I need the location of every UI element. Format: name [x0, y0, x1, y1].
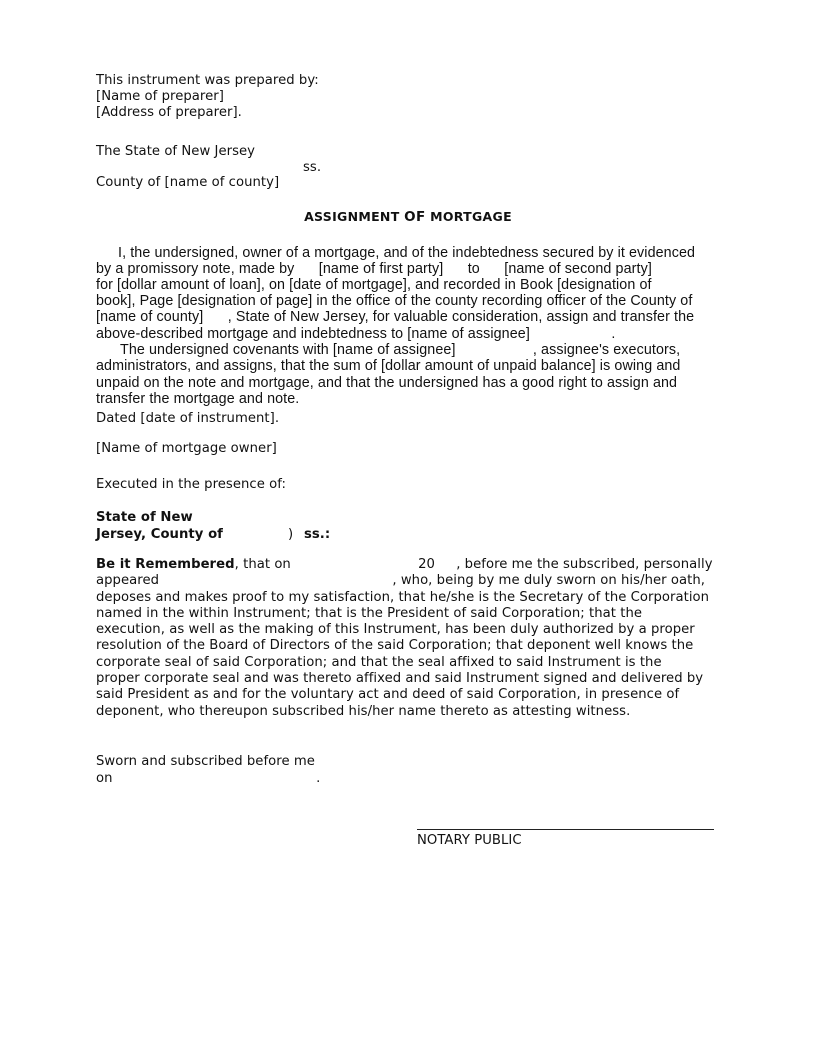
jurat-line1: Sworn and subscribed before me: [96, 754, 315, 770]
ack-venue-paren: ): [288, 527, 293, 543]
ack-venue-line2: Jersey, County of: [96, 527, 223, 543]
paragraph-line: corporate seal of said Corporation; and …: [96, 655, 662, 671]
paragraph-line: deposes and makes proof to my satisfacti…: [96, 590, 709, 606]
title-part2: MORTGAGE: [425, 209, 511, 224]
paragraph-line: above-described mortgage and indebtednes…: [96, 326, 615, 342]
paragraph-line: I, the undersigned, owner of a mortgage,…: [118, 245, 695, 261]
paragraph-line: said President as and for the voluntary …: [96, 687, 679, 703]
paragraph-line: by a promissory note, made by [name of f…: [96, 261, 652, 277]
paragraph-line: deponent, who thereupon subscribed his/h…: [96, 704, 630, 720]
paragraph-line: The undersigned covenants with [name of …: [120, 342, 680, 358]
notary-public-label: NOTARY PUBLIC: [417, 833, 522, 849]
jurat-line2: on .: [96, 771, 320, 787]
venue-ss: ss.: [303, 160, 321, 176]
owner-signature-name: [Name of mortgage owner]: [96, 441, 277, 457]
paragraph-line: execution, as well as the making of this…: [96, 622, 695, 638]
paragraph-line: for [dollar amount of loan], on [date of…: [96, 277, 652, 293]
document-title: ASSIGNMENT OF MORTGAGE: [0, 209, 816, 225]
dated-line: Dated [date of instrument].: [96, 411, 279, 427]
paragraph-line: appeared , who, being by me duly sworn o…: [96, 573, 705, 589]
ack-venue-ss: ss.:: [304, 527, 330, 543]
preparer-name: [Name of preparer]: [96, 89, 224, 105]
paragraph-line: proper corporate seal and was thereto af…: [96, 671, 703, 687]
venue-state: The State of New Jersey: [96, 144, 255, 160]
paragraph-line: named in the within Instrument; that is …: [96, 606, 642, 622]
title-of: OF: [404, 209, 425, 225]
paragraph-line: [name of county] , State of New Jersey, …: [96, 309, 694, 325]
notary-signature-line: [417, 829, 714, 830]
preparer-address: [Address of preparer].: [96, 105, 242, 121]
title-part1: ASSIGNMENT: [304, 209, 404, 224]
ack-venue-line1: State of New: [96, 510, 193, 526]
ack-line1-rest: , that on 20 , before me the subscribed,…: [235, 557, 713, 572]
paragraph-line: Be it Remembered, that on 20 , before me…: [96, 557, 713, 573]
preparer-label: This instrument was prepared by:: [96, 73, 319, 89]
executed-in-presence: Executed in the presence of:: [96, 477, 286, 493]
paragraph-line: book], Page [designation of page] in the…: [96, 293, 692, 309]
paragraph-line: unpaid on the note and mortgage, and tha…: [96, 375, 677, 391]
paragraph-line: transfer the mortgage and note.: [96, 391, 299, 407]
venue-county: County of [name of county]: [96, 175, 279, 191]
paragraph-line: administrators, and assigns, that the su…: [96, 358, 681, 374]
be-it-remembered: Be it Remembered: [96, 557, 235, 572]
paragraph-line: resolution of the Board of Directors of …: [96, 638, 693, 654]
